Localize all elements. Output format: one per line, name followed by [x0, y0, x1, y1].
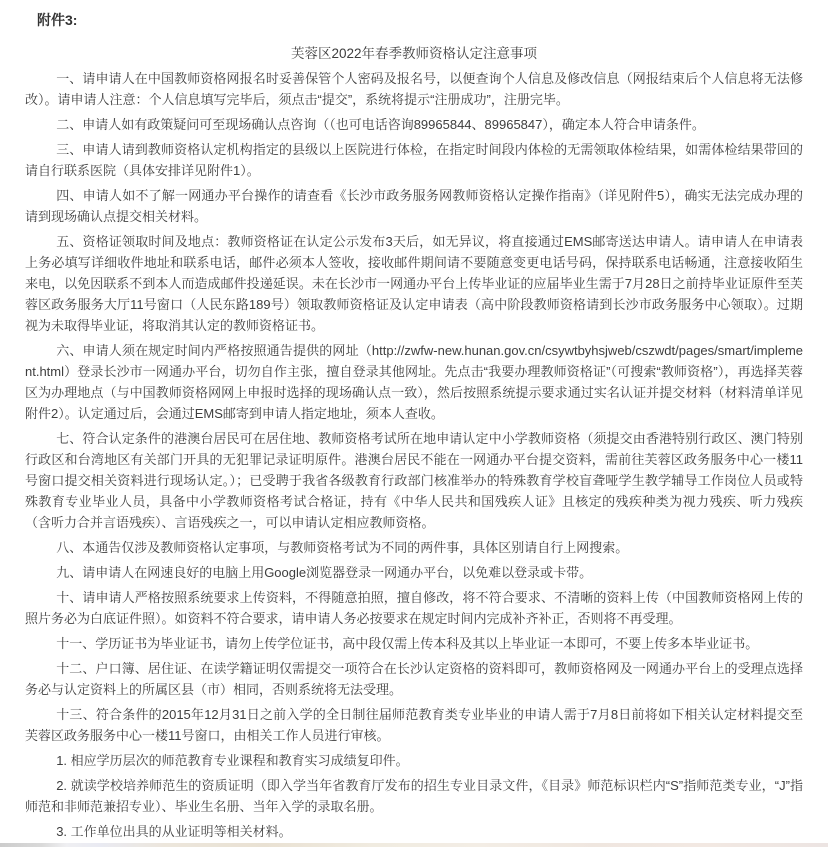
notice-paragraph-9: 九、请申请人在网速良好的电脑上用Google浏览器登录一网通办平台，以免难以登录… [25, 562, 803, 583]
notice-paragraph-3: 三、申请人请到教师资格认定机构指定的县级以上医院进行体检，在指定时间段内体检的无… [25, 139, 803, 181]
notice-paragraph-7: 七、符合认定条件的港澳台居民可在居住地、教师资格考试所在地申请认定中小学教师资格… [25, 428, 803, 533]
notice-subitem-3: 3. 工作单位出具的从业证明等相关材料。 [25, 821, 803, 842]
document-page: 附件3: 芙蓉区2022年春季教师资格认定注意事项 一、请申请人在中国教师资格网… [0, 0, 828, 842]
notice-subitem-1: 1. 相应学历层次的师范教育专业课程和教育实习成绩复印件。 [25, 750, 803, 771]
attachment-label: 附件3: [37, 10, 803, 30]
notice-paragraph-5: 五、资格证领取时间及地点：教师资格证在认定公示发布3天后，如无异议，将直接通过E… [25, 231, 803, 336]
notice-paragraph-8: 八、本通告仅涉及教师资格认定事项，与教师资格考试为不同的两件事，具体区别请自行上… [25, 537, 803, 558]
notice-paragraph-10: 十、请申请人严格按照系统要求上传资料，不得随意拍照，擅自修改，将不符合要求、不清… [25, 587, 803, 629]
notice-paragraph-4: 四、申请人如不了解一网通办平台操作的请查看《长沙市政务服务网教师资格认定操作指南… [25, 185, 803, 227]
cropped-footer-strip [0, 843, 828, 847]
notice-subitem-2: 2. 就读学校培养师范生的资质证明（即入学当年省教育厅发布的招生专业目录文件，《… [25, 775, 803, 817]
notice-paragraph-13: 十三、符合条件的2015年12月31日之前入学的全日制往届师范教育类专业毕业的申… [25, 704, 803, 746]
notice-paragraph-6: 六、申请人须在规定时间内严格按照通告提供的网址（http://zwfw-new.… [25, 340, 803, 424]
page-title: 芙蓉区2022年春季教师资格认定注意事项 [25, 44, 803, 64]
notice-paragraph-1: 一、请申请人在中国教师资格网报名时妥善保管个人密码及报名号，以便查询个人信息及修… [25, 68, 803, 110]
notice-paragraph-2: 二、申请人如有政策疑问可至现场确认点咨询（（也可电话咨询89965844、899… [25, 114, 803, 135]
notice-paragraph-12: 十二、户口簿、居住证、在读学籍证明仅需提交一项符合在长沙认定资格的资料即可，教师… [25, 658, 803, 700]
notice-paragraph-11: 十一、学历证书为毕业证书，请勿上传学位证书，高中段仅需上传本科及其以上毕业证一本… [25, 633, 803, 654]
